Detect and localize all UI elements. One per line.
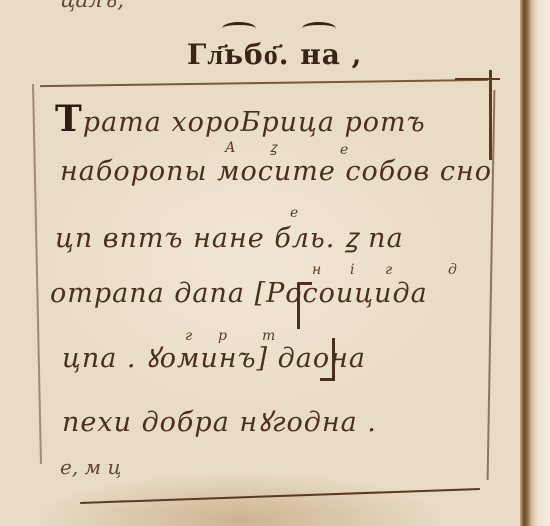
- cross-mark-vertical: [489, 70, 492, 160]
- superscript-letter: д: [448, 262, 457, 278]
- bottom-fragment: е, м ц: [60, 455, 121, 479]
- bracket-close: [320, 338, 335, 381]
- superscript-letter: г: [185, 328, 192, 344]
- superscript-letter: ꙁ: [270, 138, 277, 157]
- superscript-letter: е: [290, 205, 298, 221]
- manuscript-page: цалъ, Гл҃ьбо҃. на , Трата хороБрица ротъ…: [0, 0, 550, 526]
- superscript-letter: г: [385, 262, 392, 278]
- title-abbreviation-mark: [302, 22, 336, 35]
- line-text: рата хороБрица ротъ: [83, 107, 426, 138]
- frame-border-left: [32, 84, 42, 464]
- bracket-open: [297, 282, 312, 329]
- header-fragment: цалъ,: [60, 0, 124, 13]
- superscript-letter: і: [350, 262, 354, 278]
- superscript-letter: т: [262, 328, 275, 344]
- frame-border-top: [40, 79, 488, 87]
- title-abbreviation-mark: [222, 22, 256, 35]
- initial-capital: Т: [55, 98, 83, 140]
- superscript-letter: А: [225, 140, 236, 156]
- text-line-4: отрапа дапа [Росоицида: [50, 278, 428, 309]
- page-title: Гл҃ьбо҃. на ,: [187, 38, 362, 72]
- text-line-6: пехи добра нꙋгодна .: [62, 402, 377, 439]
- text-line-1: Трата хороБрица ротъ: [55, 98, 426, 140]
- frame-border-bottom: [80, 488, 480, 504]
- cross-mark-horizontal: [455, 78, 500, 80]
- text-line-2: наборопы мосите собов сно: [60, 156, 492, 187]
- book-gutter: [520, 0, 550, 526]
- superscript-letter: е: [340, 142, 348, 158]
- text-line-3: цп вптъ нане бль. ꙁ па: [55, 218, 404, 255]
- superscript-letter: р: [218, 328, 227, 344]
- superscript-letter: н: [312, 262, 321, 278]
